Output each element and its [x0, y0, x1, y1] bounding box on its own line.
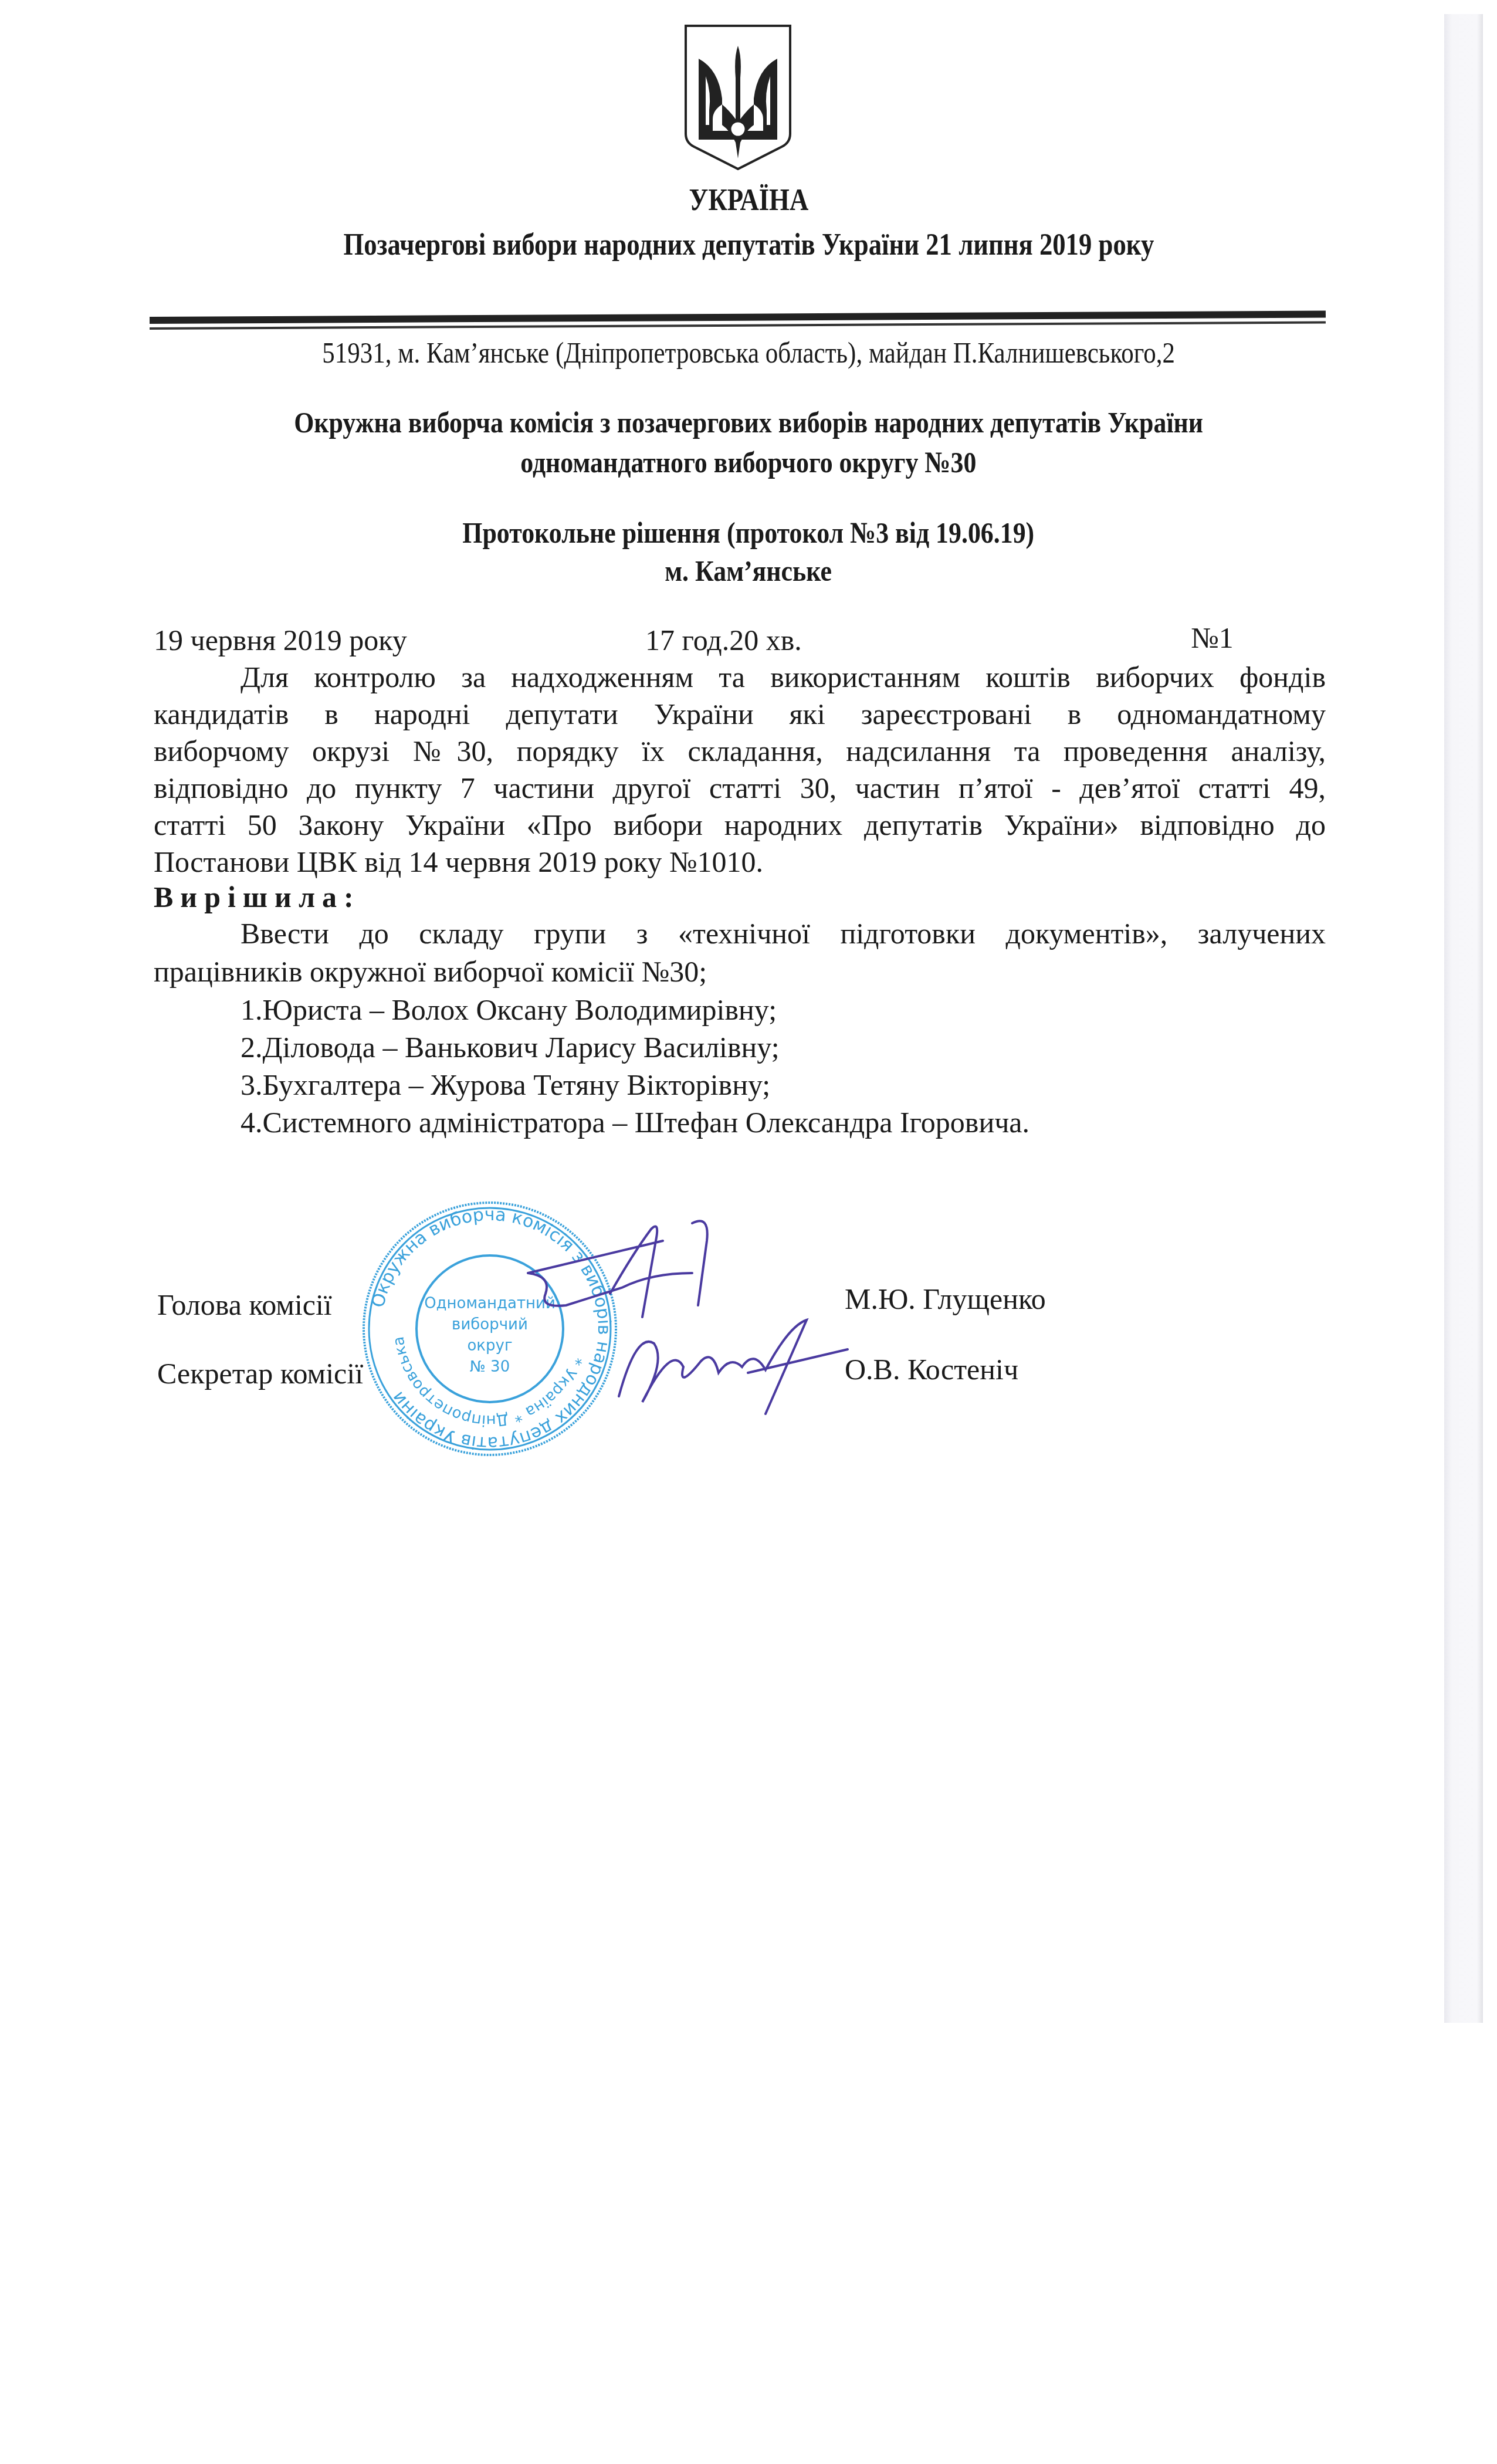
scan-edge-strip [1444, 14, 1483, 2023]
decision-line: працівників окружної виборчої комісії №3… [154, 954, 1326, 989]
election-title: Позачергові вибори народних депутатів Ук… [0, 228, 1497, 262]
secretary-signature-icon [613, 1308, 871, 1420]
decision-number: №1 [1191, 621, 1234, 655]
member-item: 4.Системного адміністратора – Штефан Оле… [241, 1105, 1029, 1139]
secretary-label: Секретар комісії [157, 1356, 363, 1390]
preamble-line: Постанови ЦВК від 14 червня 2019 року №1… [154, 844, 1326, 879]
member-item: 1.Юриста – Волох Оксану Володимирівну; [241, 993, 777, 1027]
decision-line: Ввести до складу групи з «технічної підг… [241, 916, 1326, 951]
preamble-line: статті 50 Закону України «Про вибори нар… [154, 807, 1326, 842]
address: 51931, м. Кам’янське (Дніпропетровська о… [0, 336, 1497, 370]
member-item: 2.Діловода – Ванькович Ларису Василівну; [241, 1030, 780, 1064]
svg-text:округ: округ [467, 1337, 512, 1355]
protocol-city: м. Кам’янське [0, 554, 1497, 588]
chair-signature-icon [516, 1217, 763, 1323]
decided-label: Вирішила: [154, 880, 361, 914]
member-item: 3.Бухгалтера – Журова Тетяну Вікторівну; [241, 1068, 770, 1102]
commission-name-line-2: одномандатного виборчого округу №30 [0, 446, 1497, 480]
commission-name-line-1: Окружна виборча комісія з позачергових в… [0, 406, 1497, 440]
decision-time: 17 год.20 хв. [645, 623, 802, 657]
protocol-title: Протокольне рішення (протокол №3 від 19.… [0, 516, 1497, 550]
preamble-line: Для контролю за надходженням та використ… [241, 659, 1326, 695]
coat-of-arms-icon [682, 22, 794, 172]
chair-label: Голова комісії [157, 1288, 332, 1322]
document-page: УКРАЇНА Позачергові вибори народних депу… [0, 0, 1497, 2464]
decision-date: 19 червня 2019 року [154, 623, 407, 657]
country-heading: УКРАЇНА [0, 183, 1497, 218]
svg-text:№ 30: № 30 [470, 1358, 510, 1376]
chair-name: М.Ю. Глущенко [845, 1282, 1046, 1316]
preamble-line: відповідно до пункту 7 частини другої ст… [154, 770, 1326, 805]
preamble-line: кандидатів в народні депутати України як… [154, 696, 1326, 732]
preamble-line: виборчому окрузі №30, порядку їх складан… [154, 733, 1326, 769]
